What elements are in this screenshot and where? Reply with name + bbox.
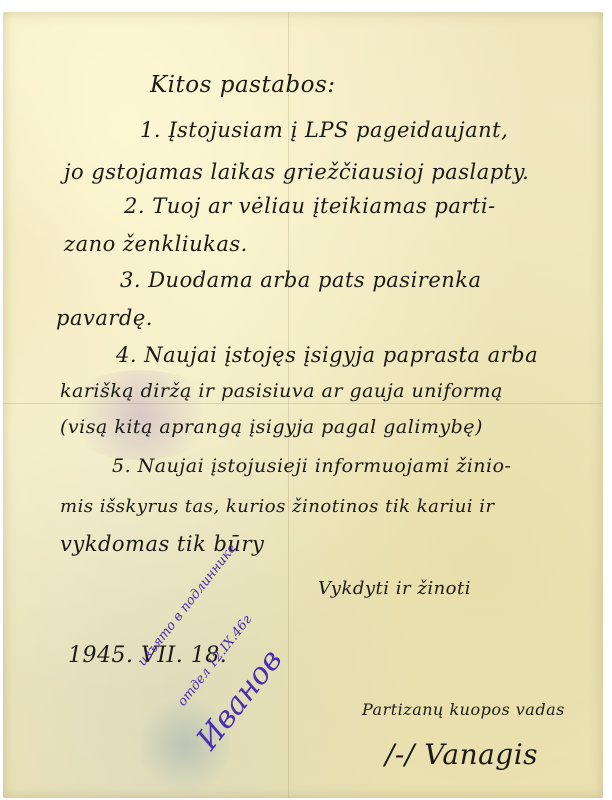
text-line: (visą kitą aprangą įsigyja pagal galimyb…	[60, 416, 483, 438]
text-line: mis išskyrus tas, kurios žinotinos tik k…	[60, 496, 495, 517]
text-line: zano ženkliukas.	[64, 232, 248, 256]
signature-title: Partizanų kuopos vadas	[362, 700, 565, 719]
signature: /-/ Vanagis	[385, 738, 538, 771]
text-line: 2. Tuoj ar vėliau įteikiamas parti-	[124, 194, 496, 218]
text-line: 4. Naujai įstojęs įsigyja paprasta arba	[116, 343, 538, 367]
text-line: 3. Duodama arba pats pasirenka	[120, 268, 482, 292]
closing-line: Vykdyti ir žinoti	[318, 578, 471, 599]
text-line: 5. Naujai įstojusieji informuojami žinio…	[112, 455, 511, 477]
text-line: karišką diržą ir pasisiuva ar gauja unif…	[60, 380, 503, 402]
text-line: jo gstojamas laikas griežčiausioj paslap…	[64, 160, 529, 184]
text-line: pavardę.	[56, 306, 153, 330]
document-title: Kitos pastabos:	[150, 72, 336, 98]
text-line: 1. Įstojusiam į LPS pageidaujant,	[140, 118, 508, 142]
